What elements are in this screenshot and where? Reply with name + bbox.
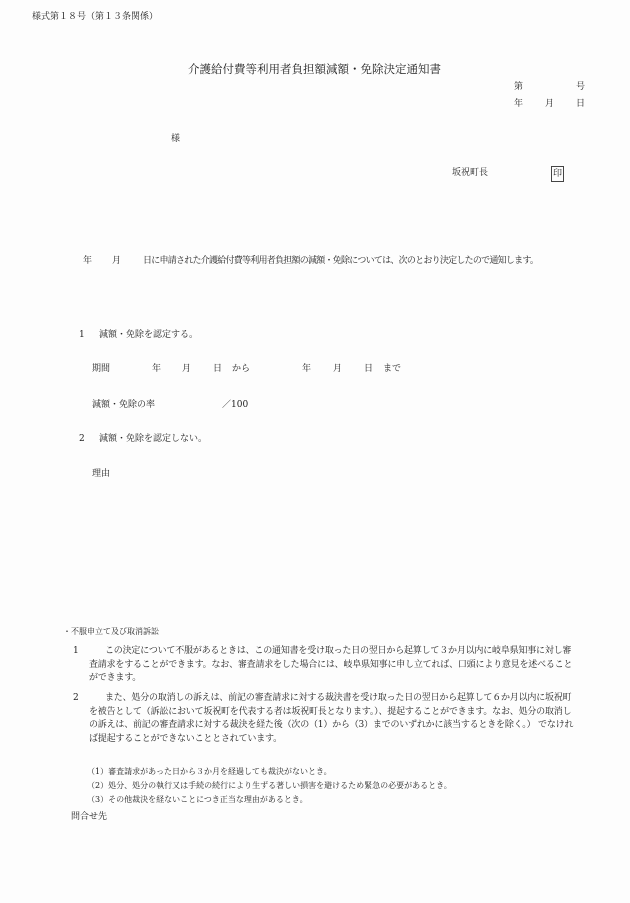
decision-2-number: 2 bbox=[79, 435, 85, 444]
decision-1-label: 減額・免除を認定する。 bbox=[99, 331, 198, 340]
appeal-sub-item-2: （2）処分、処分の執行又は手続の続行により生ずる著しい損害を避けるため緊急の必要… bbox=[87, 782, 452, 790]
period-from-year: 年 bbox=[152, 365, 161, 374]
appeal-item-1: 1 この決定について不服があるときは、この通知書を受け取った日の翌日から起算して… bbox=[73, 645, 583, 687]
rate-label: 減額・免除の率 bbox=[92, 401, 155, 410]
appeal-item-1-text: この決定について不服があるときは、この通知書を受け取った日の翌日から起算して３か… bbox=[89, 645, 579, 686]
period-label: 期間 bbox=[92, 365, 110, 374]
appeal-item-2-text: また、処分の取消しの訴えは、前記の審査請求に対する裁決書を受け取った日の翌日から… bbox=[89, 692, 579, 746]
notice-text: 日に申請された介護給付費等利用者負担額の減額・免除については、次のとおり決定した… bbox=[143, 257, 538, 266]
issuer-name: 坂祝町長 bbox=[452, 169, 488, 178]
doc-number-dai: 第 bbox=[514, 83, 523, 92]
doc-number-go: 号 bbox=[576, 83, 585, 92]
issue-date-day: 日 bbox=[576, 100, 585, 109]
reason-label: 理由 bbox=[92, 470, 110, 479]
period-to-label: まで bbox=[383, 365, 401, 374]
form-id: 様式第１８号（第１３条関係） bbox=[32, 13, 158, 22]
period-to-day: 日 bbox=[364, 365, 373, 374]
period-to-month: 月 bbox=[333, 365, 342, 374]
period-from-month: 月 bbox=[182, 365, 191, 374]
appeal-sub-item-1: （1）審査請求があった日から３か月を経過しても裁決がないとき。 bbox=[87, 768, 332, 776]
appeal-heading: ・不服申立て及び取消訴訟 bbox=[63, 628, 159, 636]
seal-stamp-box: 印 bbox=[551, 166, 564, 182]
rate-value: ／100 bbox=[222, 401, 248, 410]
notice-month: 月 bbox=[112, 257, 121, 266]
contact-label: 問合せ先 bbox=[71, 813, 107, 822]
appeal-sub-item-3: （3）その他裁決を経ないことにつき正当な理由があるとき。 bbox=[87, 796, 308, 804]
period-from-day: 日 bbox=[213, 365, 222, 374]
period-to-year: 年 bbox=[302, 365, 311, 374]
issue-date-year: 年 bbox=[514, 100, 523, 109]
appeal-item-2: 2 また、処分の取消しの訴えは、前記の審査請求に対する裁決書を受け取った日の翌日… bbox=[73, 692, 583, 762]
document-title: 介護給付費等利用者負担額減額・免除決定通知書 bbox=[188, 64, 441, 76]
issue-date-month: 月 bbox=[545, 100, 554, 109]
decision-1-number: 1 bbox=[79, 331, 85, 340]
recipient-suffix: 様 bbox=[171, 135, 180, 144]
period-from-label: から bbox=[232, 365, 250, 374]
appeal-item-1-number: 1 bbox=[73, 645, 79, 659]
decision-2-label: 減額・免除を認定しない。 bbox=[99, 435, 207, 444]
appeal-item-2-number: 2 bbox=[73, 692, 79, 706]
notice-year: 年 bbox=[83, 257, 92, 266]
